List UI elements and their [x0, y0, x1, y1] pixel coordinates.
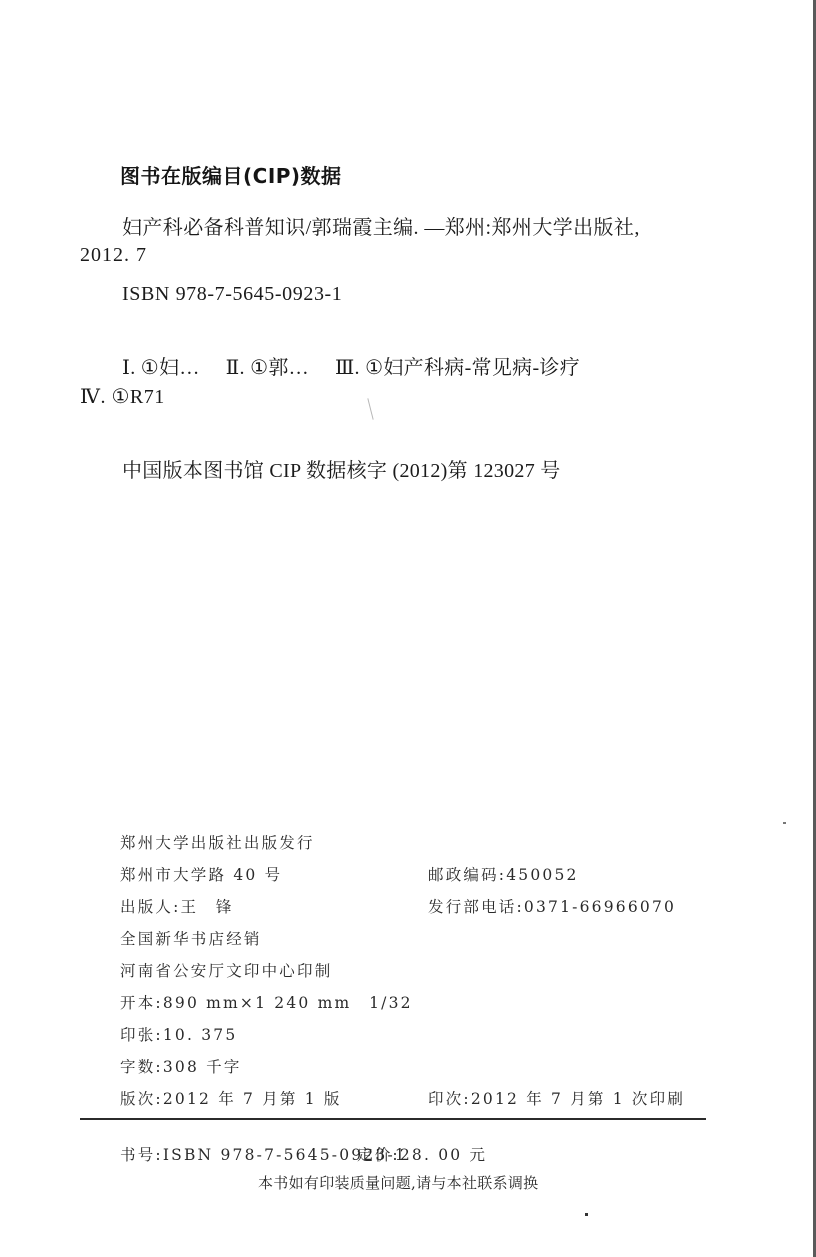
cip-date-line: 2012. 7 [80, 244, 147, 267]
cip-isbn-line: ISBN 978-7-5645-0923-1 [122, 283, 342, 306]
cip-classification-line-2: Ⅳ. ①R71 [80, 384, 165, 409]
book-format: 开本:890 mm×1 240 mm 1/32 [120, 991, 413, 1013]
quality-notice: 本书如有印装质量问题,请与本社联系调换 [258, 1172, 538, 1193]
publisher-line: 郑州大学出版社出版发行 [120, 831, 315, 853]
classification-item-1: Ⅰ. ①妇… [122, 357, 200, 379]
horizontal-rule [80, 1118, 706, 1120]
cip-heading: 图书在版编目(CIP)数据 [120, 160, 342, 189]
scan-artifact [783, 822, 786, 824]
publisher-address: 郑州市大学路 40 号 [120, 863, 282, 885]
word-count: 字数:308 千字 [120, 1055, 242, 1077]
scan-artifact [585, 1213, 588, 1216]
classification-item-3: Ⅲ. ①妇产科病-常见病-诊疗 [335, 357, 580, 379]
printing: 印次:2012 年 7 月第 1 次印刷 [428, 1087, 685, 1109]
distributor: 全国新华书店经销 [120, 927, 262, 949]
printer: 河南省公安厅文印中心印制 [120, 959, 332, 981]
sales-phone: 发行部电话:0371-66966070 [428, 895, 676, 917]
price: 定价:28. 00 元 [357, 1143, 487, 1165]
cip-check-number: 中国版本图书馆 CIP 数据核字 (2012)第 123027 号 [122, 454, 561, 483]
printed-sheets: 印张:10. 375 [120, 1023, 237, 1045]
publisher-person: 出版人:王 锋 [120, 895, 234, 917]
postcode: 邮政编码:450052 [428, 863, 579, 885]
edition: 版次:2012 年 7 月第 1 版 [120, 1087, 342, 1109]
classification-item-2: Ⅱ. ①郭… [226, 357, 309, 379]
cip-title-line: 妇产科必备科普知识/郭瑞霞主编. —郑州:郑州大学出版社, [122, 211, 640, 240]
scan-artifact [367, 398, 373, 420]
cip-classification-line-1: Ⅰ. ①妇…Ⅱ. ①郭…Ⅲ. ①妇产科病-常见病-诊疗 [122, 351, 580, 380]
